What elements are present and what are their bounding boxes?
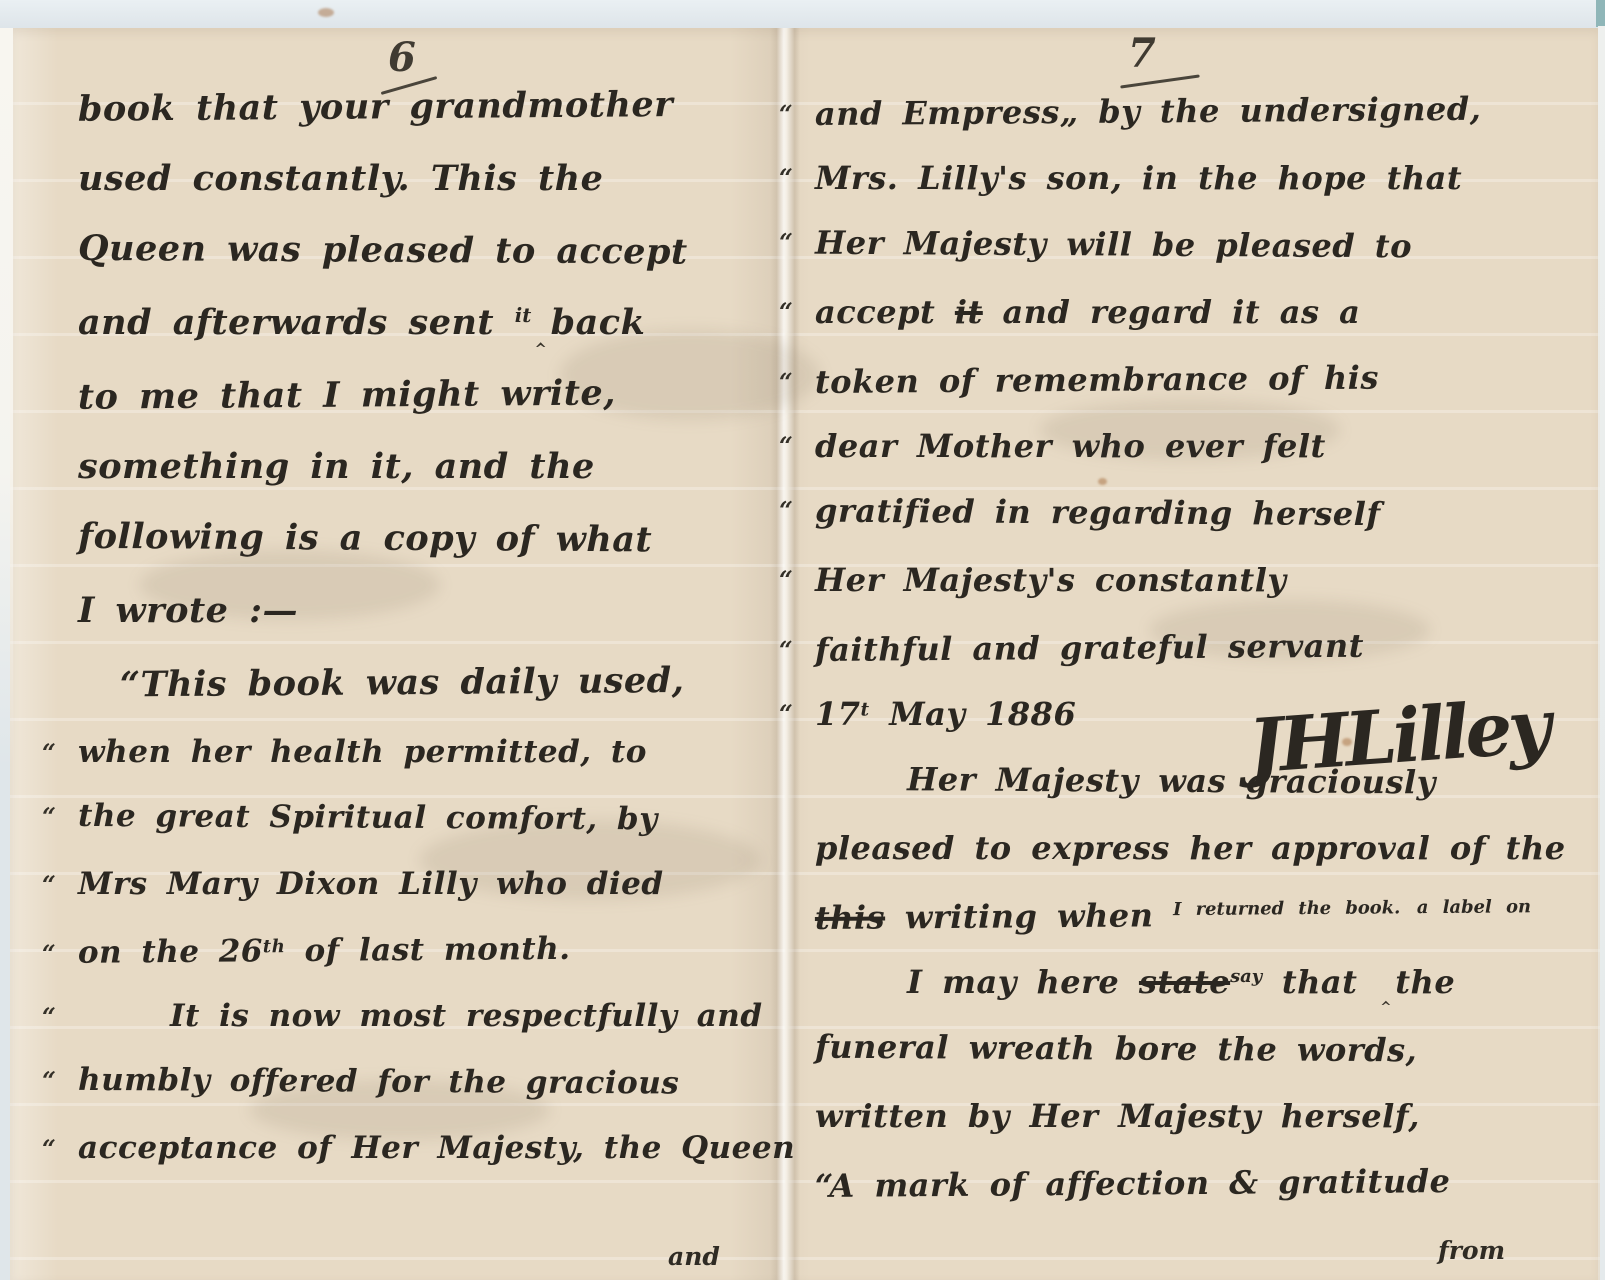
manuscript-line: “This book was daily used, bbox=[78, 659, 779, 736]
text-segment: gratified in regarding herself bbox=[815, 492, 1381, 533]
manuscript-line: used constantly. This the bbox=[78, 158, 778, 230]
manuscript-line: “Her Majesty's constantly bbox=[815, 561, 1585, 628]
text-segment: funeral wreath bore the words, bbox=[815, 1028, 1417, 1070]
text-segment: the great Spiritual comfort, by bbox=[78, 798, 658, 838]
manuscript-line: “accept it and regard it as a bbox=[815, 293, 1585, 360]
insertion-caret: ‸ bbox=[534, 328, 547, 348]
scan-background-top-strip bbox=[0, 0, 1605, 30]
manuscript-line: “and Empress„ by the undersigned, bbox=[815, 89, 1586, 162]
manuscript-line: Queen was pleased to accept bbox=[78, 228, 778, 304]
text-segment: written by Her Majesty herself, bbox=[815, 1097, 1420, 1135]
margin-quote-mark: “ bbox=[42, 939, 57, 968]
text-segment: pleased to express her approval of the bbox=[815, 829, 1566, 867]
foxing-spot bbox=[318, 8, 334, 17]
inserted-text: say bbox=[1230, 966, 1262, 987]
text-segment: 17 bbox=[815, 695, 861, 733]
manuscript-line: this writing when I returned the book. a… bbox=[815, 893, 1586, 966]
margin-quote-mark: “ bbox=[779, 227, 793, 256]
manuscript-line: “when her health permitted, to bbox=[78, 734, 778, 800]
text-segment: humbly offered for the gracious bbox=[78, 1062, 679, 1102]
text-segment: Queen was pleased to accept bbox=[78, 228, 688, 273]
margin-quote-mark: “ bbox=[42, 738, 56, 767]
manuscript-line: “A mark of affection & gratitude bbox=[815, 1161, 1586, 1234]
text-segment: back bbox=[551, 302, 646, 343]
text-segment: faithful and grateful servant bbox=[815, 627, 1364, 669]
margin-quote-mark: “ bbox=[42, 1134, 56, 1163]
text-segment: “This book was daily used, bbox=[120, 660, 685, 705]
margin-quote-mark: “ bbox=[779, 431, 793, 460]
text-segment: and Empress„ by the undersigned, bbox=[815, 90, 1482, 133]
text-segment: and regard it as a bbox=[983, 293, 1361, 331]
manuscript-page-6: book that your grandmotherused constantl… bbox=[78, 86, 778, 1196]
text-segment: and afterwards sent bbox=[78, 302, 515, 343]
manuscript-line: “humbly offered for the gracious bbox=[78, 1062, 778, 1132]
text-segment bbox=[1400, 894, 1417, 932]
manuscript-line: “dear Mother who ever felt bbox=[815, 427, 1585, 494]
text-segment: when her health permitted, to bbox=[78, 734, 647, 770]
paper-right-edge-highlight bbox=[1598, 26, 1605, 1280]
manuscript-line: I wrote :— bbox=[78, 590, 778, 662]
margin-quote-mark: “ bbox=[42, 1066, 56, 1095]
margin-quote-mark: “ bbox=[779, 367, 794, 396]
manuscript-line: “gratified in regarding herself bbox=[815, 492, 1585, 564]
text-segment: to me that I might write, bbox=[78, 373, 616, 418]
text-segment: “A mark of affection & gratitude bbox=[815, 1162, 1451, 1205]
manuscript-line: following is a copy of what bbox=[78, 516, 778, 592]
text-segment: writing when bbox=[885, 896, 1173, 936]
margin-quote-mark: “ bbox=[779, 495, 793, 524]
inserted-text: it bbox=[515, 304, 532, 327]
text-segment: It is now most respectfully and bbox=[170, 998, 763, 1034]
text-segment: I wrote :— bbox=[78, 590, 298, 631]
inserted-text: a label on bbox=[1417, 896, 1531, 918]
manuscript-line: funeral wreath bore the words, bbox=[815, 1028, 1585, 1100]
manuscript-line: “It is now most respectfully and bbox=[78, 998, 778, 1064]
insertion-caret: ‸ bbox=[1380, 986, 1392, 1005]
text-segment: Her Majesty will be pleased to bbox=[815, 224, 1412, 266]
manuscript-line: book that your grandmother bbox=[78, 83, 779, 160]
manuscript-line: “Mrs Mary Dixon Lilly who died bbox=[78, 866, 778, 932]
margin-quote-mark: “ bbox=[779, 565, 793, 594]
text-segment: accept bbox=[815, 293, 955, 331]
text-segment: token of remembrance of his bbox=[815, 359, 1379, 401]
text-segment: on the 26 bbox=[78, 933, 263, 970]
manuscript-line: “the great Spiritual comfort, by bbox=[78, 798, 778, 868]
text-segment: acceptance of Her Majesty, the Queen bbox=[78, 1130, 795, 1166]
margin-quote-mark: “ bbox=[42, 1002, 56, 1031]
manuscript-line: “Her Majesty will be pleased to bbox=[815, 224, 1585, 296]
margin-quote-mark: “ bbox=[42, 870, 56, 899]
paper-left-edge-highlight bbox=[0, 28, 13, 768]
margin-quote-mark: “ bbox=[779, 297, 793, 326]
catchword-left-page: and bbox=[668, 1242, 720, 1271]
text-segment: book that your grandmother bbox=[78, 84, 674, 130]
text-segment: dear Mother who ever felt bbox=[815, 427, 1326, 465]
text-segment: Mrs. Lilly's son, in the hope that bbox=[815, 159, 1462, 197]
margin-quote-mark: “ bbox=[779, 163, 793, 192]
text-segment: of last month. bbox=[285, 931, 570, 969]
manuscript-line: and afterwards sent it‸back bbox=[78, 302, 778, 374]
manuscript-line: “token of remembrance of his bbox=[815, 357, 1586, 430]
manuscript-line: “on the 26th of last month. bbox=[78, 929, 778, 1000]
manuscript-line: “Mrs. Lilly's son, in the hope that bbox=[815, 159, 1585, 226]
manuscript-line: “faithful and grateful servant bbox=[815, 625, 1586, 698]
text-segment: I may here bbox=[907, 963, 1139, 1001]
page-number-left: 6 bbox=[388, 34, 416, 81]
manuscript-line: I may here statesay that ‸the bbox=[815, 963, 1585, 1030]
margin-quote-mark: “ bbox=[779, 699, 793, 728]
text-segment: May 1886 bbox=[870, 695, 1077, 733]
margin-quote-mark: “ bbox=[42, 802, 56, 831]
page-number-right: 7 bbox=[1128, 30, 1156, 77]
manuscript-line: written by Her Majesty herself, bbox=[815, 1097, 1585, 1164]
margin-quote-mark: “ bbox=[779, 635, 794, 664]
manuscript-page-7: “and Empress„ by the undersigned,“Mrs. L… bbox=[815, 92, 1585, 1231]
text-segment: Her Majesty's constantly bbox=[815, 561, 1286, 599]
struck-out-text: this bbox=[815, 898, 886, 937]
text-segment: used constantly. This the bbox=[78, 158, 603, 199]
struck-out-text: state bbox=[1139, 963, 1230, 1001]
text-segment: something in it, and the bbox=[78, 446, 595, 487]
scan-corner-artifact bbox=[1596, 0, 1605, 27]
manuscript-line: pleased to express her approval of the bbox=[815, 829, 1585, 896]
margin-quote-mark: “ bbox=[779, 99, 794, 128]
superscript-text: t bbox=[861, 700, 870, 721]
manuscript-line: “acceptance of Her Majesty, the Queen bbox=[78, 1130, 778, 1196]
text-segment: following is a copy of what bbox=[78, 516, 652, 561]
inserted-text: I returned the book. bbox=[1173, 897, 1400, 920]
manuscript-line: to me that I might write, bbox=[78, 371, 779, 448]
superscript-text: th bbox=[263, 936, 286, 957]
catchword-right-page: from bbox=[1438, 1236, 1505, 1265]
manuscript-line: something in it, and the bbox=[78, 446, 778, 518]
text-segment: Mrs Mary Dixon Lilly who died bbox=[78, 866, 664, 902]
struck-out-text: it bbox=[955, 293, 983, 331]
text-segment: the bbox=[1395, 963, 1455, 1001]
text-segment: that bbox=[1262, 963, 1377, 1001]
